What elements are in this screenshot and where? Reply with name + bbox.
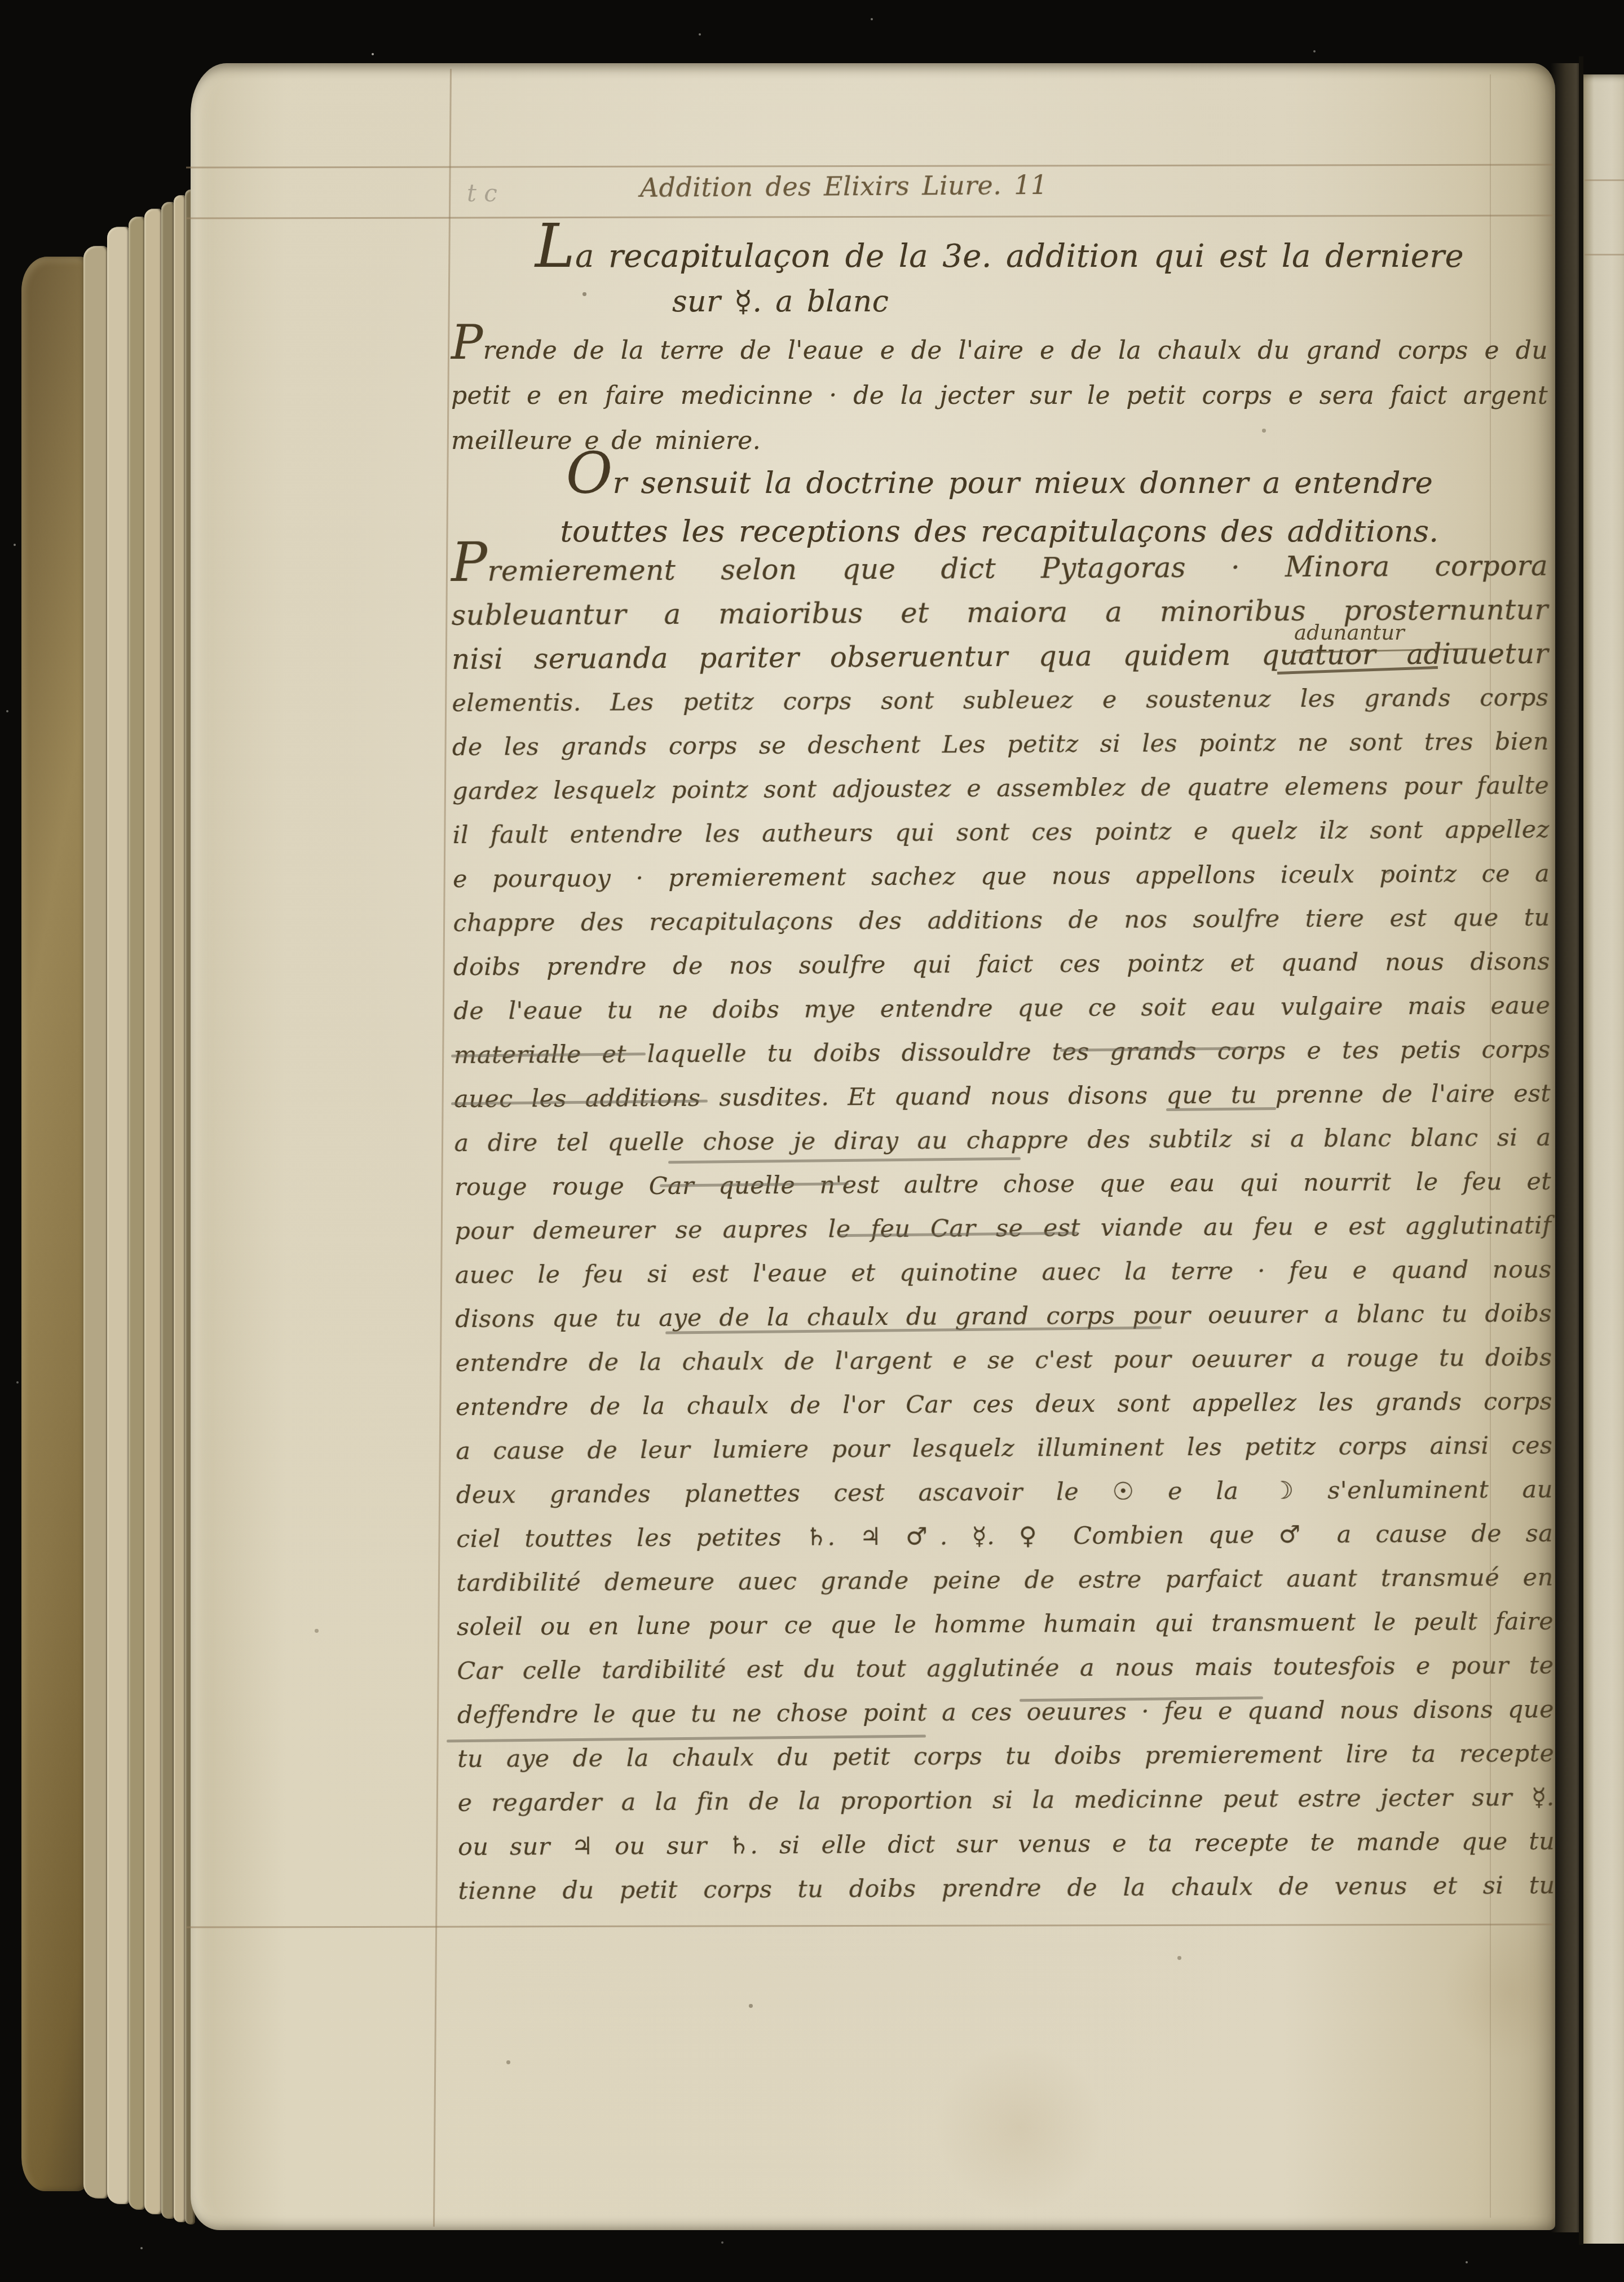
doctrine-heading: Or sensuit la doctrine pour mieux donner… bbox=[451, 458, 1548, 556]
page-edge bbox=[107, 227, 130, 2204]
manuscript-line: de les grands corps se deschent Les peti… bbox=[452, 720, 1549, 769]
page-edge bbox=[174, 195, 186, 2222]
manuscript-line: deffendre le que tu ne chose point a ces… bbox=[457, 1688, 1554, 1737]
gutter-shadow-line bbox=[1579, 56, 1583, 2245]
manuscript-line: doibs prendre de nos soulfre qui faict c… bbox=[453, 940, 1550, 989]
manuscript-line: pour demeurer se aupres le feu Car se es… bbox=[454, 1204, 1551, 1253]
manuscript-line: Or sensuit la doctrine pour mieux donner… bbox=[451, 458, 1548, 508]
manuscript-line: rouge rouge Car quelle n'est aultre chos… bbox=[454, 1160, 1551, 1209]
manuscript-line: deux grandes planettes cest ascavoir le … bbox=[456, 1468, 1553, 1517]
manuscript-line: meilleure e de miniere. bbox=[451, 418, 1548, 464]
manuscript-line: ou sur ♃ ou sur ♄. si elle dict sur venu… bbox=[458, 1820, 1555, 1869]
manuscript-line: e pourquoy · premierement sachez que nou… bbox=[453, 852, 1550, 901]
manuscript-line: tienne du petit corps tu doibs prendre d… bbox=[458, 1864, 1555, 1913]
manuscript-line: petit e en faire medicinne · de la jecte… bbox=[451, 373, 1548, 418]
manuscript-line: Car celle tardibilité est du tout agglut… bbox=[457, 1644, 1554, 1693]
body-text-block: Premierement selon que dict Pytagoras · … bbox=[451, 543, 1555, 1913]
manuscript-line: chappre des recapitulaçons des additions… bbox=[453, 896, 1550, 945]
facing-page-ruled-line bbox=[1585, 254, 1624, 255]
page-edge bbox=[144, 209, 162, 2214]
page-edge bbox=[129, 217, 145, 2210]
page-edge bbox=[83, 246, 108, 2199]
running-header: Addition des Elixirs Liure. 11 bbox=[640, 168, 1260, 203]
manuscript-photo: Addition des Elixirs Liure. 11 t c La re… bbox=[0, 0, 1624, 2282]
manuscript-line: ciel touttes les petites ♄. ♃ ♂. ☿. ♀ Co… bbox=[456, 1512, 1553, 1561]
manuscript-line: auec le feu si est l'eaue et quinotine a… bbox=[455, 1248, 1552, 1297]
manuscript-line: Prende de la terre de l'eaue e de l'aire… bbox=[451, 328, 1548, 373]
manuscript-line: tardibilité demeure auec grande peine de… bbox=[456, 1556, 1553, 1605]
interlinear-correction: adunantur bbox=[1294, 620, 1405, 645]
chapter-title-block: La recapitulaçon de la 3e. addition qui … bbox=[451, 230, 1548, 319]
manuscript-line: elementis. Les petitz corps sont subleue… bbox=[452, 676, 1548, 725]
page-edge bbox=[161, 202, 175, 2219]
manuscript-line: entendre de la chaulx de l'or Car ces de… bbox=[456, 1380, 1552, 1429]
ink-specks bbox=[0, 0, 2, 2]
intro-paragraph: Prende de la terre de l'eaue e de l'aire… bbox=[451, 328, 1548, 464]
manuscript-line: gardez lesquelz pointz sont adjoustez e … bbox=[452, 764, 1549, 813]
manuscript-line: de l'eaue tu ne doibs mye entendre que c… bbox=[453, 984, 1550, 1033]
manuscript-line: entendre de la chaulx de l'argent e se c… bbox=[455, 1336, 1552, 1385]
facing-page-sliver bbox=[1583, 74, 1624, 2244]
manuscript-line: il fault entendre les autheurs qui sont … bbox=[452, 808, 1549, 857]
manuscript-line: a cause de leur lumiere pour lesquelz il… bbox=[456, 1424, 1552, 1473]
manuscript-line: Premierement selon que dict Pytagoras · … bbox=[451, 543, 1548, 593]
facing-page-ruled-line bbox=[1585, 179, 1624, 181]
manuscript-line: e regarder a la fin de la proportion si … bbox=[457, 1776, 1554, 1825]
manuscript-line: soleil ou en lune pour ce que le homme h… bbox=[457, 1600, 1554, 1649]
title-line: La recapitulaçon de la 3e. addition qui … bbox=[451, 230, 1548, 275]
manuscript-line: auec les additions susdites. Et quand no… bbox=[454, 1072, 1551, 1121]
pencil-note: t c bbox=[467, 179, 497, 207]
manuscript-line: disons que tu aye de la chaulx du grand … bbox=[455, 1292, 1552, 1341]
title-line: sur ☿. a blanc bbox=[451, 285, 1548, 319]
